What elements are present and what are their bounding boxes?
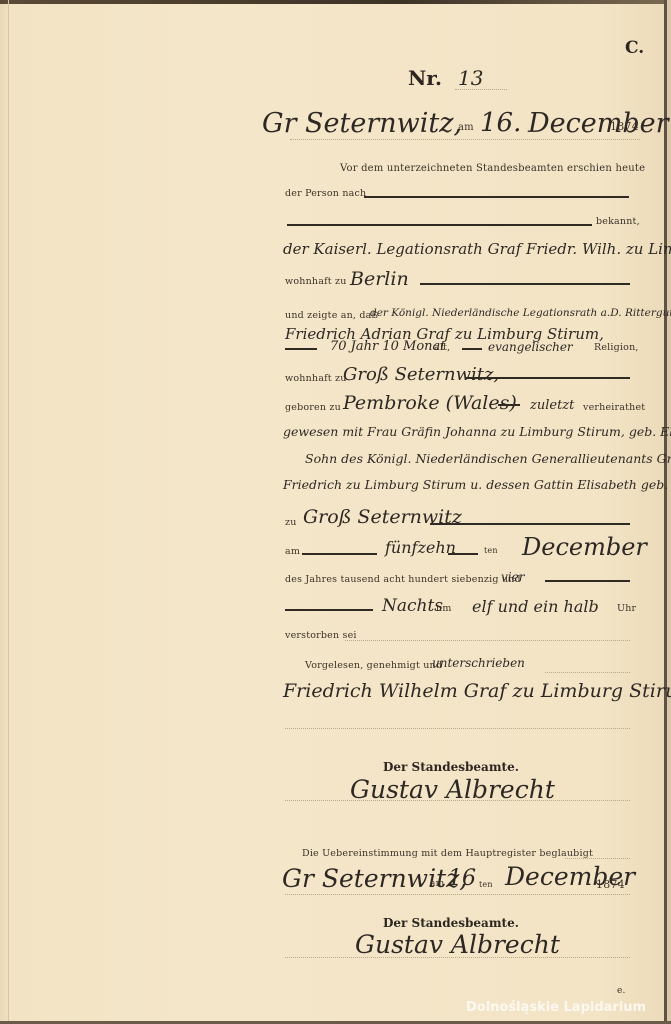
document-page: C. Nr. 13 Gr Seternwitz, am 16. December… <box>0 0 671 1024</box>
person-label: der Person nach <box>285 188 366 199</box>
certification-text: Die Uebereinstimmung mit dem Hauptregist… <box>302 848 593 859</box>
death-month: December <box>522 533 647 561</box>
blank-rule <box>498 404 520 406</box>
birthplace: Pembroke (Wales) <box>343 392 517 414</box>
religion-value: evangelischer <box>488 340 573 354</box>
dotted-line <box>285 728 630 729</box>
blank-rule <box>302 553 377 555</box>
age-value: 70 Jahr 10 Monat <box>330 339 446 354</box>
dotted-line <box>285 800 630 801</box>
informant-signature: Friedrich Wilhelm Graf zu Limburg Stirum <box>283 680 671 702</box>
registrar-title-1: Der Standesbeamte. <box>383 760 519 774</box>
blank-rule <box>462 348 482 350</box>
spouse-line: gewesen mit Frau Gräfin Johanna zu Limbu… <box>283 424 671 439</box>
header-place: Gr Seternwitz, <box>262 108 462 139</box>
blank-rule <box>364 196 629 198</box>
cert-day: 16 <box>448 866 476 891</box>
blank-rule <box>465 377 630 379</box>
blank-rule <box>285 348 317 350</box>
corner-mark: C. <box>625 38 644 58</box>
blank-rule <box>448 553 478 555</box>
deceased-title: der Königl. Niederländische Legationsrat… <box>370 307 671 319</box>
deceased-residence: Groß Seternwitz, <box>343 364 499 385</box>
read-label: Vorgelesen, genehmigt und <box>305 660 442 671</box>
parents-line-1: Sohn des Königl. Niederländischen Genera… <box>305 451 671 466</box>
header-year: 1874 <box>610 120 639 133</box>
blank-rule <box>420 283 630 285</box>
cert-am-label: am <box>430 879 444 889</box>
intro-text: Vor dem unterzeichneten Standesbeamten e… <box>340 163 645 174</box>
residence-label: wohnhaft zu <box>285 276 347 287</box>
age-label: alt, <box>434 342 450 353</box>
born-label: geboren zu <box>285 402 341 413</box>
known-suffix: bekannt, <box>596 216 640 227</box>
registrar-signature-2: Gustav Albrecht <box>355 930 560 959</box>
cert-ten: ten <box>479 880 493 889</box>
header-day: 16. <box>480 108 521 138</box>
dotted-line <box>285 894 630 895</box>
married-handwritten: zuletzt <box>530 398 574 413</box>
time-of-day: Nachts <box>382 596 443 616</box>
year-handwritten: vier <box>501 570 524 584</box>
signed-handwritten: unterschrieben <box>432 656 525 670</box>
record-number: 13 <box>458 66 483 90</box>
dotted-line <box>285 957 630 958</box>
header-underline <box>290 139 640 140</box>
blank-rule <box>285 609 373 611</box>
married-label: verheirathet <box>583 402 645 413</box>
next-page-edge <box>667 0 671 1024</box>
page-top-edge <box>0 0 671 4</box>
informant-name: der Kaiserl. Legationsrath Graf Friedr. … <box>283 240 671 258</box>
cert-year: 1874 <box>596 878 625 891</box>
registrar-title-2: Der Standesbeamte. <box>383 916 519 930</box>
year-printed: des Jahres tausend acht hundert siebenzi… <box>285 574 521 585</box>
header-am-label: am <box>458 122 474 133</box>
religion-label: Religion, <box>594 342 639 353</box>
time-handwritten: elf und ein halb <box>472 597 599 616</box>
watermark: Dolnośląskie Lapidarium <box>466 1000 646 1015</box>
announce-label: und zeigte an, daß <box>285 310 378 321</box>
number-underline <box>455 89 507 90</box>
dotted-line <box>545 672 630 673</box>
informant-residence: Berlin <box>350 268 409 290</box>
number-label: Nr. <box>408 66 442 90</box>
blank-rule <box>430 523 630 525</box>
footer-mark: e. <box>617 986 626 996</box>
blank-rule <box>287 224 592 226</box>
death-date-am-label: am <box>285 546 300 557</box>
residence-label: wohnhaft zu <box>285 373 347 384</box>
death-place-label: zu <box>285 517 297 528</box>
death-day: fünfzehn <box>385 538 456 557</box>
um-label: um <box>436 603 452 614</box>
parents-line-2: Friedrich zu Limburg Stirum u. dessen Ga… <box>283 477 671 492</box>
ten-suffix: ten <box>484 546 498 555</box>
dotted-line <box>345 640 630 641</box>
dotted-line <box>565 858 630 859</box>
header-month: December <box>528 108 669 139</box>
uhr-label: Uhr <box>617 603 636 614</box>
page-fold-line <box>8 0 9 1024</box>
blank-rule <box>545 580 630 582</box>
